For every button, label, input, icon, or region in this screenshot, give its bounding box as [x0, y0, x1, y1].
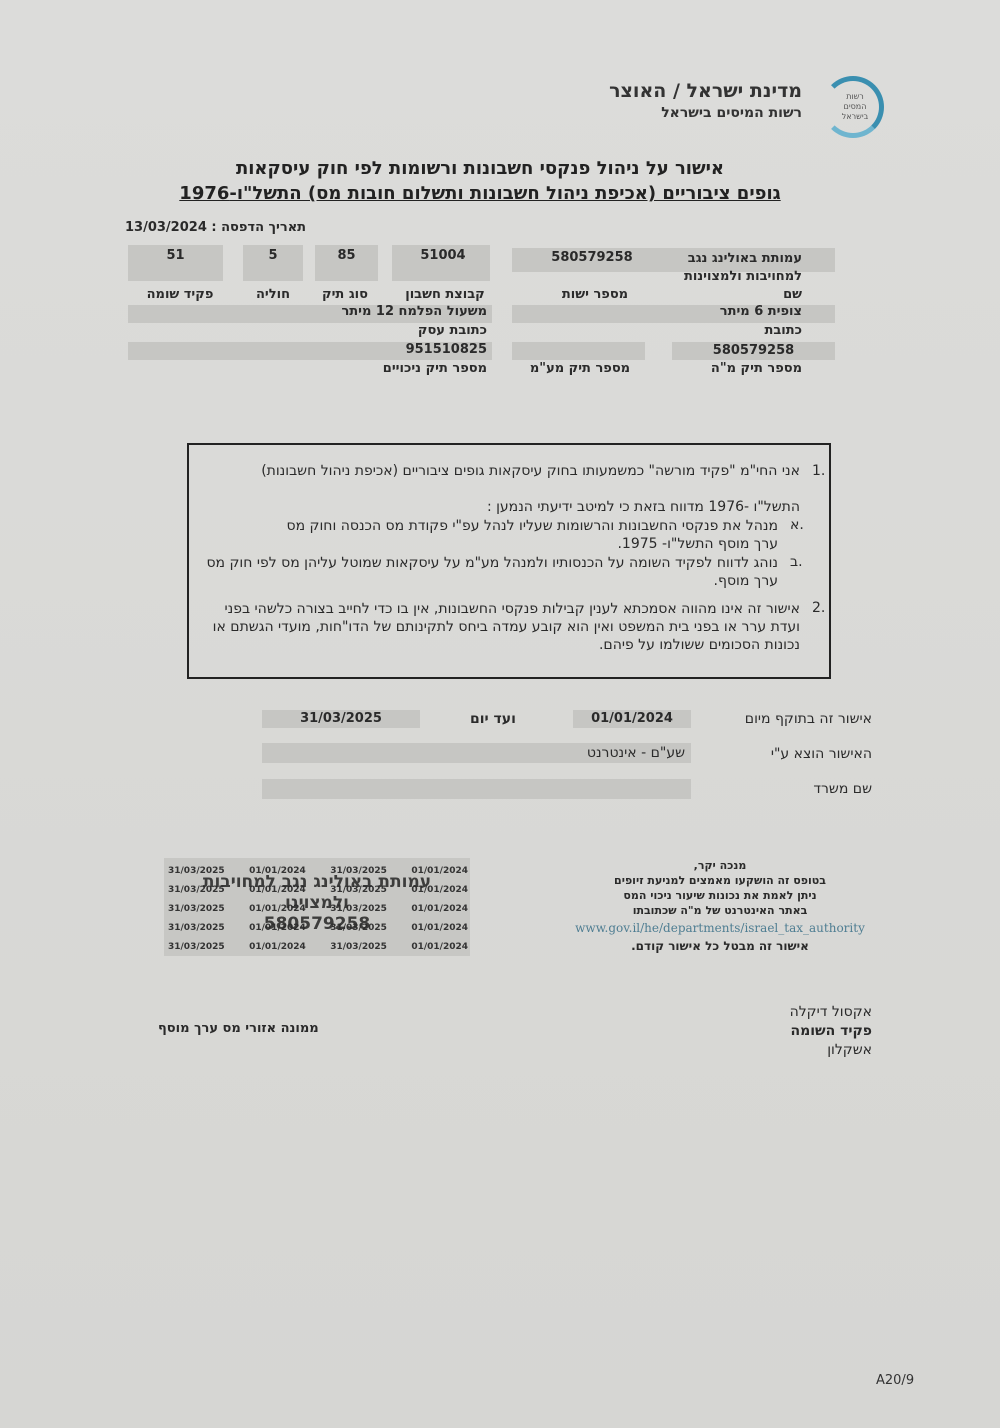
- vat-file-field: [512, 342, 645, 360]
- file-type-value: 85: [315, 248, 378, 263]
- vat-regional-manager-title: ממונה אזורי מס ערך מוסף: [158, 1020, 319, 1038]
- file-type-label: סוג תיק: [310, 287, 380, 302]
- entity-number-label: מספר ישות: [540, 287, 650, 302]
- document-title-line2: גופים ציבוריים (אכיפת ניהול חשבונות ותשל…: [0, 183, 980, 204]
- stamp-overlay-line1: עמותת באולינג נגב למחויבות: [164, 872, 470, 893]
- account-group-value: 51004: [392, 248, 494, 263]
- issued-by-value: שע"ם - אינטרנט: [587, 745, 685, 761]
- stamp-overlay-line2: ולמצוינו: [164, 893, 470, 914]
- district-value: 5: [243, 248, 303, 263]
- stamp-date: 31/03/2025: [168, 938, 225, 957]
- authority-subtitle: רשות המיסים בישראל: [661, 105, 802, 121]
- document-page: רשות המסים בישראל מדינת ישראל / האוצר רש…: [0, 0, 1000, 1428]
- signatory-city: אשקלון: [827, 1041, 872, 1059]
- stamp-overlay-number: 580579258: [164, 914, 470, 935]
- business-address-label: כתובת עסק: [418, 323, 487, 338]
- item1-text: אני החי"מ "פקיד מורשה" כמשמעותו בחוק עיס…: [240, 462, 800, 480]
- item2-number: 2.: [812, 600, 825, 616]
- valid-to-value: 31/03/2025: [262, 711, 420, 726]
- signatory-title: פקיד השומה: [790, 1022, 872, 1040]
- entity-number-value: 580579258: [512, 250, 672, 265]
- withholding-file-value: 951510825: [406, 342, 487, 357]
- vat-file-label: מספר תיק מע"מ: [525, 361, 635, 376]
- stamp-row: 31/03/202501/01/202431/03/202501/01/2024: [168, 938, 468, 957]
- item1b-marker: ב.: [790, 554, 803, 570]
- assessing-officer-label: פקיד שומה: [140, 287, 220, 302]
- logo-text: רשות המסים בישראל: [838, 92, 872, 122]
- item2-text: אישור זה אינו מהווה אסמכתא לענין קבילות …: [200, 600, 800, 654]
- valid-from-label: אישור זה בתוקף מיום: [745, 711, 872, 727]
- print-date-label: תאריך הדפסה :: [211, 220, 306, 235]
- notice-line2: ניתן לאמת את נכונות שיעור ניכוי המס: [565, 888, 875, 903]
- district-label: חוליה: [243, 287, 303, 302]
- item1-number: 1.: [812, 463, 825, 479]
- issued-by-label: האישור הוצא ע"י: [771, 746, 872, 762]
- assessing-officer-value: 51: [128, 248, 223, 263]
- document-title-line1: אישור על ניהול פנקסי חשבונות ורשומות לפי…: [0, 158, 980, 179]
- notice-greeting: מנכה יקר,: [565, 858, 875, 873]
- office-name-field: [262, 779, 691, 799]
- stamp-date: 01/01/2024: [249, 938, 306, 957]
- name-label: שם: [783, 287, 802, 302]
- print-date: תאריך הדפסה : 13/03/2024: [125, 220, 306, 235]
- anti-forgery-stamp: 31/03/202501/01/202431/03/202501/01/2024…: [164, 858, 470, 956]
- item1a-marker: א.: [790, 517, 804, 533]
- address-label: כתובת: [764, 323, 802, 338]
- name-value: עמותת באולינג נגב למחויבות ולמצוינות: [662, 250, 802, 286]
- stamp-overlay: עמותת באולינג נגב למחויבות ולמצוינו 5805…: [164, 872, 470, 935]
- office-name-label: שם משרד: [813, 781, 872, 797]
- stamp-date: 01/01/2024: [411, 938, 468, 957]
- item1-text-cont: התשל"ו -1976 מדווח בזאת כי למיטב ידיעתי …: [240, 498, 800, 516]
- valid-to-label: ועד יום: [470, 711, 516, 727]
- income-tax-file-value: 580579258: [672, 343, 835, 358]
- item1a-text: מנהל את פנקסי החשבונות והרשומות שעליו לנ…: [258, 517, 778, 553]
- address-value: צופית 6 מיתר: [720, 304, 802, 319]
- signatory-name: אקסול דיקלה: [790, 1003, 872, 1021]
- stamp-date: 31/03/2025: [330, 938, 387, 957]
- verification-notice: מנכה יקר, בטופס זה הושקעו מאמצים למניעת …: [565, 858, 875, 954]
- item1b-text: נוהג לדווח לפקיד השומה על הכנסותיו ולמנה…: [188, 554, 778, 590]
- print-date-value: 13/03/2024: [125, 220, 207, 235]
- withholding-file-label: מספר תיק ניכויים: [383, 361, 487, 376]
- business-address-value: משעול הפלמח 12 מיתר: [341, 304, 487, 319]
- tax-authority-url-link[interactable]: www.gov.il/he/departments/israel_tax_aut…: [565, 921, 875, 936]
- ministry-title: מדינת ישראל / האוצר: [609, 80, 802, 102]
- valid-from-value: 01/01/2024: [573, 711, 691, 726]
- notice-line1: בטופס זה הושקעו מאמצים למניעת זיופים: [565, 873, 875, 888]
- income-tax-file-label: מספר תיק מ"ה: [711, 361, 802, 376]
- account-group-label: קבוצת חשבון: [395, 287, 495, 302]
- cancel-note: אישור זה מבטל כל אישור קודם.: [565, 939, 875, 954]
- form-code: A20/9: [876, 1373, 914, 1388]
- notice-line3: באתר האינטרנט של מ"ה שכתובתו: [565, 903, 875, 918]
